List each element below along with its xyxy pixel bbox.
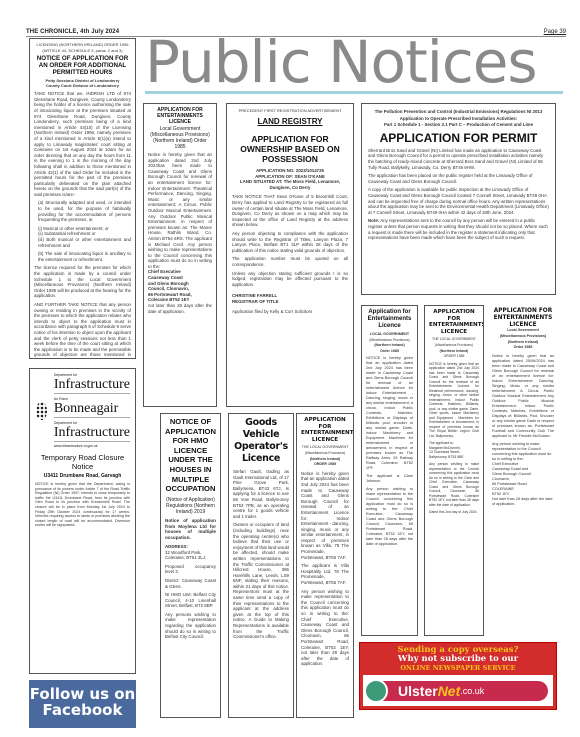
notice-paragraph: Any persons wishing to make representati… (165, 612, 216, 640)
notice-paragraph: Any person wishing to make representatio… (492, 442, 554, 462)
facebook-banner[interactable]: Follow us on Facebook (29, 680, 136, 728)
road-closure-notice: Department for Infrastructure An Roinn B… (29, 368, 136, 674)
applicant: The applicant is Clare Johnson. (366, 474, 413, 484)
notice-paragraph: The licence required for the premises fo… (34, 265, 131, 299)
notice-paragraph: NOTICE is hereby given that an applicati… (429, 362, 479, 439)
occupancy: Proposed occupancy level 3. (165, 564, 216, 575)
entertainment-licence-railway: Application for Entertainments Licence L… (361, 305, 418, 636)
notice-paragraph: Any person wishing to make representatio… (366, 487, 413, 547)
address: 32 Woodford Park, Coleraine, BT51 3LJ. (165, 550, 216, 561)
signer-title: REGISTRAR OF TITLE (232, 299, 348, 305)
notice-paragraph: Sherrard Bros Sand and Gravel (NI) Limit… (368, 148, 549, 170)
ulsternet-advert[interactable]: Sending a copy overseas? Why not subscri… (359, 642, 557, 710)
publication-line: THE CHRONICLE, 4th July 2024 (26, 29, 119, 35)
notice-paragraph: Owners or occupiers of land (including b… (233, 522, 289, 639)
note-text: Any representations sent to the council … (368, 218, 548, 240)
brand-part: .co.uk (460, 686, 484, 696)
entertainment-licence-manor: APPLICATION FOR ENTERTAINMENTS LICENCE L… (143, 103, 217, 407)
regulation-heading: Application to Operate Prescribed Instal… (368, 116, 549, 122)
notice-subtitle: (Notice of Application) Regulations (Nor… (165, 497, 216, 515)
notice-law: (Miscellaneous Provisions) (429, 343, 479, 349)
notice-paragraph: Notice is hereby given that an applicati… (492, 354, 554, 439)
notice-paragraph: NOTICE is hereby given that the Departme… (35, 482, 130, 528)
notice-law: Order 1985 (492, 345, 554, 351)
notice-paragraph: Any person wishing to make representatio… (429, 462, 479, 507)
ad-logo-box: UlsterNet.co.uk (363, 675, 553, 706)
applicant-line: Ballymoney, BT53 6BE (429, 455, 479, 460)
notice-paragraph: Not later than 28 days after the date of… (492, 497, 554, 507)
notice-ref: (ARTICLE 44, SCHEDULE 9, paras. 2 and 3) (34, 48, 131, 54)
licensing-notice: LICENSING (NORTHERN IRELAND) ORDER 1996 … (29, 38, 136, 359)
ulsternet-logo[interactable]: UlsterNet.co.uk (368, 681, 548, 701)
infrastructure-logo-icon (35, 401, 48, 421)
applicant: The applicant is Villa Hospitality Ltd, … (301, 563, 349, 585)
regulation-heading: The Pollution Prevention and Control (In… (368, 109, 549, 115)
entertainment-licence-portstewart: APPLICATION FOR ENTERTAINMENTS LICENCE L… (490, 305, 556, 636)
notice-title: Goods Vehicle Operator's Licence (233, 417, 289, 465)
notice-title: APPLICATION FOR ENTERTAINMENTS LICENCE (301, 417, 349, 443)
land-location: LAND SITUATED AT: The Moss Field, Lenamo… (232, 179, 348, 190)
notice-paragraph: not later than 28 days after the date of… (148, 303, 212, 314)
notice-paragraph: NOTICE is hereby given that an applicati… (366, 356, 413, 471)
regulation-heading: Part 1 Schedule 1 - Section 3.1 Part C –… (368, 122, 549, 128)
notice-ref: LICENSING (NORTHERN IRELAND) ORDER 1996 (34, 42, 131, 48)
notice-list-item: (a) Structurally adapted and used, or in… (34, 200, 131, 222)
notice-pretitle: PRECEDENT FIRST REGISTRATION ADVERTISEME… (232, 108, 348, 113)
notice-title: APPLICATION FOR OWNERSHIP BASED ON POSSE… (232, 134, 348, 164)
notice-title: APPLICATION FOR ENTERTAINMENTS LICENCE (429, 309, 479, 335)
facebook-line: Follow us on (29, 686, 136, 702)
dept-name: Infrastructure (54, 425, 130, 442)
notice-subtitle: County Court Division of Londonderry (34, 83, 131, 88)
notice-paragraph: TAKE NOTICE THAT Sean O'Kane of 5 Broomh… (232, 194, 348, 228)
title-underline (145, 91, 563, 94)
notice-title: APPLICATION FOR ENTERTAINMENTS LICENCE (492, 308, 554, 328)
notice-paragraph: Notice is hereby given that an applicati… (148, 152, 212, 269)
notice-title: NOTICE OF APPLICATION FOR HMO LICENCE UN… (165, 417, 216, 494)
notice-paragraph: AND FURTHER TAKE NOTICE that any person … (34, 302, 131, 359)
notice-law: Order 1985 (366, 349, 413, 355)
notice-list-item: (b) The sale of intoxicating liquor is a… (34, 251, 131, 262)
notice-title: APPLICATION FOR ENTERTAINMENTS LICENCE (148, 107, 212, 125)
brand-part: Net (438, 683, 461, 699)
dept-url: www.infrastructure-ni.gov.uk (54, 444, 130, 448)
notice-paragraph: Unless any objection stating sufficient … (232, 271, 348, 288)
hmo-unit: NI HMO Unit: Belfast City Council, 4-10 … (165, 592, 216, 609)
permit-notice: The Pollution Prevention and Control (In… (361, 103, 556, 295)
notice-paragraph: A copy of the application is available f… (368, 187, 549, 215)
notice-paragraph: TAKE NOTICE that we, INDRISH LTD of 974 … (34, 91, 131, 197)
notice-law: (Miscellaneous Provisions) (492, 334, 554, 340)
facebook-line: Facebook (29, 702, 136, 718)
notice-list-item: (iii) Both musical or other entertainmen… (34, 237, 131, 248)
brand-part: Ulster (398, 683, 438, 699)
notice-paragraph: The application has been placed on the p… (368, 173, 549, 184)
notice-law: ORDER 1985 (429, 354, 479, 360)
entertainment-licence-legion: APPLICATION FOR ENTERTAINMENTS LICENCE T… (424, 305, 484, 636)
district: District: Causeway Coast & Glens. (165, 578, 216, 589)
notice-title: NOTICE OF APPLICATION FOR AN ORDER FOR A… (34, 55, 131, 76)
page-number: Page 39 (544, 29, 566, 35)
goods-vehicle-notice: Goods Vehicle Operator's Licence Stefan … (228, 413, 294, 718)
land-registry-notice: PRECEDENT FIRST REGISTRATION ADVERTISEME… (226, 103, 354, 407)
notice-paragraph: Notice is hereby given that an applicati… (301, 471, 349, 561)
notice-lead: Notice of application from Moylena Ltd f… (165, 518, 216, 541)
ad-headline: ONLINE NEWSPAPER SERVICE (363, 664, 553, 672)
notice-subtitle: U3411 Drumbane Road, Garvagh (35, 473, 130, 479)
notice-title: APPLICATION FOR PERMIT (368, 131, 549, 146)
notice-law: LOCAL GOVERNMENT (366, 332, 413, 338)
dept-name: Bonneagair (54, 401, 130, 418)
notice-law: Local Government (Miscellaneous Provisio… (148, 126, 212, 150)
notice-paragraph: The application number must be quoted on… (232, 256, 348, 267)
globe-icon (364, 679, 388, 703)
dept-name: Infrastructure (54, 377, 130, 394)
notice-paragraph: Any person objecting to compliance with … (232, 231, 348, 253)
department-logo: Department for Infrastructure An Roinn B… (35, 373, 130, 448)
note-label: Note: (368, 218, 379, 223)
notice-title: Application for Entertainments Licence (366, 309, 413, 330)
section-title: Public Notices (145, 32, 537, 92)
notice-law: (Miscellaneous Provisions) (301, 451, 349, 457)
notice-paragraph: Any person wishing to make representatio… (301, 589, 349, 667)
ad-headline: Why not subscribe to our (363, 655, 553, 664)
notice-date: Dated this 2nd day of July 2024. (429, 510, 479, 515)
entertainment-licence-villa: APPLICATION FOR ENTERTAINMENTS LICENCE T… (296, 413, 354, 718)
notice-title: Temporary Road Closure Notice (35, 453, 130, 471)
notice-paragraph: Stefan Gault, trading as Gault Internati… (233, 469, 289, 519)
notice-law: ORDER 1985 (301, 462, 349, 468)
filed-by: Application filed by Kelly & Corr Solici… (232, 309, 348, 315)
hmo-licence-notice: NOTICE OF APPLICATION FOR HMO LICENCE UN… (160, 413, 221, 718)
registry-heading: LAND REGISTRY (232, 117, 348, 126)
